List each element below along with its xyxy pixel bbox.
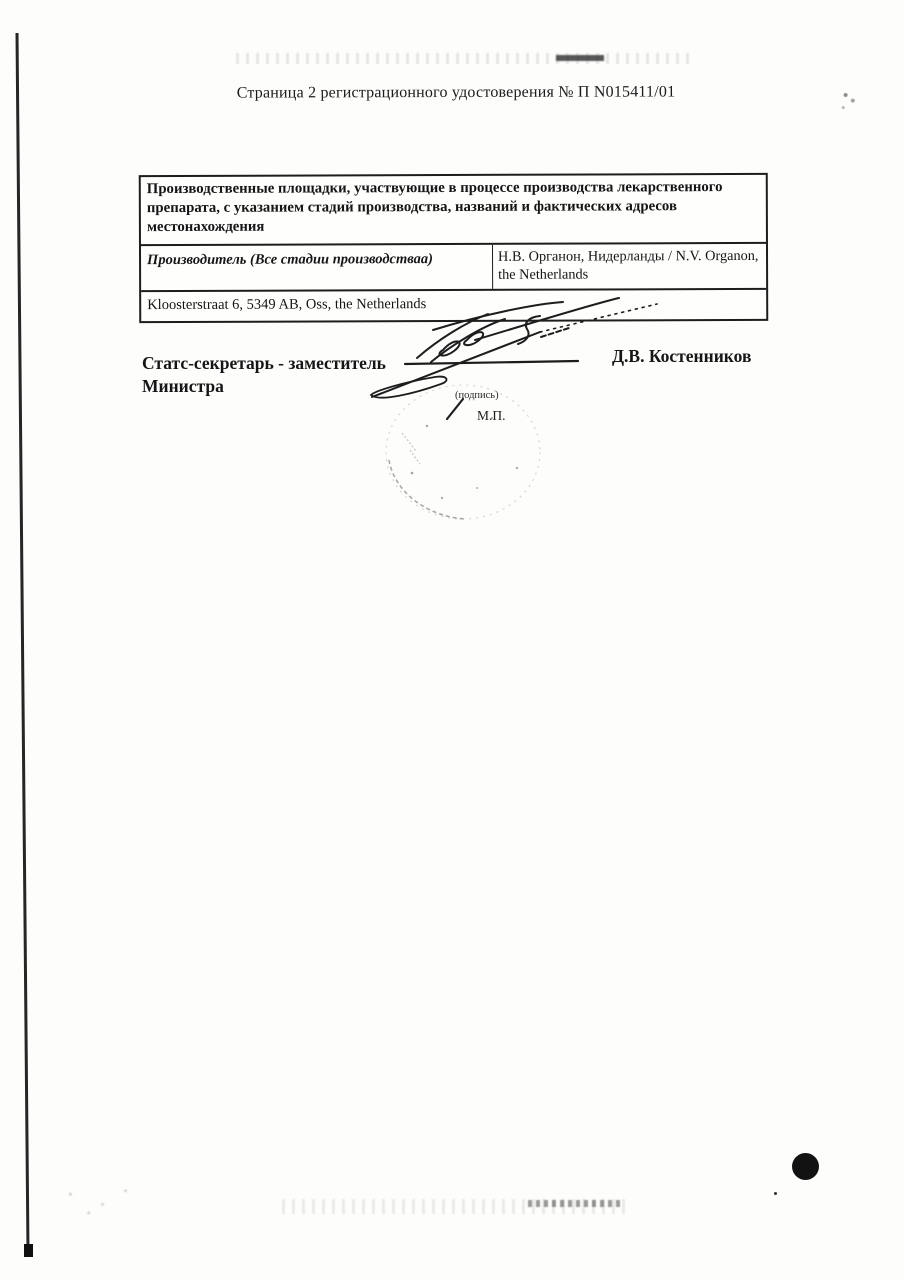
page-title: Страница 2 регистрационного удостоверени… — [140, 83, 772, 103]
producer-label-cell: Производитель (Все стадии производстваа) — [141, 245, 493, 290]
signer-name: Д.В. Костенников — [612, 346, 751, 367]
scanned-document-page: Страница 2 регистрационного удостоверени… — [0, 0, 903, 1280]
producer-value-cell: Н.В. Органон, Нидерланды / N.V. Organon,… — [493, 244, 766, 289]
table-row-producer: Производитель (Все стадии производстваа)… — [141, 244, 766, 292]
signature-caption: (подпись) — [455, 390, 499, 401]
scan-edge-line — [8, 26, 42, 1270]
signer-role: Статс-секретарь - заместитель Министра — [142, 352, 386, 399]
scan-smudge-top-dark — [556, 55, 604, 61]
punch-hole-dot — [792, 1153, 819, 1180]
scan-smudge-bottom-left — [52, 1184, 144, 1218]
scan-smudge-top — [236, 53, 694, 64]
table-header-cell: Производственные площадки, участвующие в… — [141, 175, 766, 246]
scan-speck-dot — [774, 1192, 777, 1195]
signer-role-line2: Министра — [142, 375, 386, 398]
signer-role-line1: Статс-секретарь - заместитель — [142, 352, 386, 375]
seal-place-label: М.П. — [477, 408, 506, 424]
scan-smudge-bottom-dark — [528, 1200, 624, 1207]
scan-speckles-right — [836, 88, 860, 116]
